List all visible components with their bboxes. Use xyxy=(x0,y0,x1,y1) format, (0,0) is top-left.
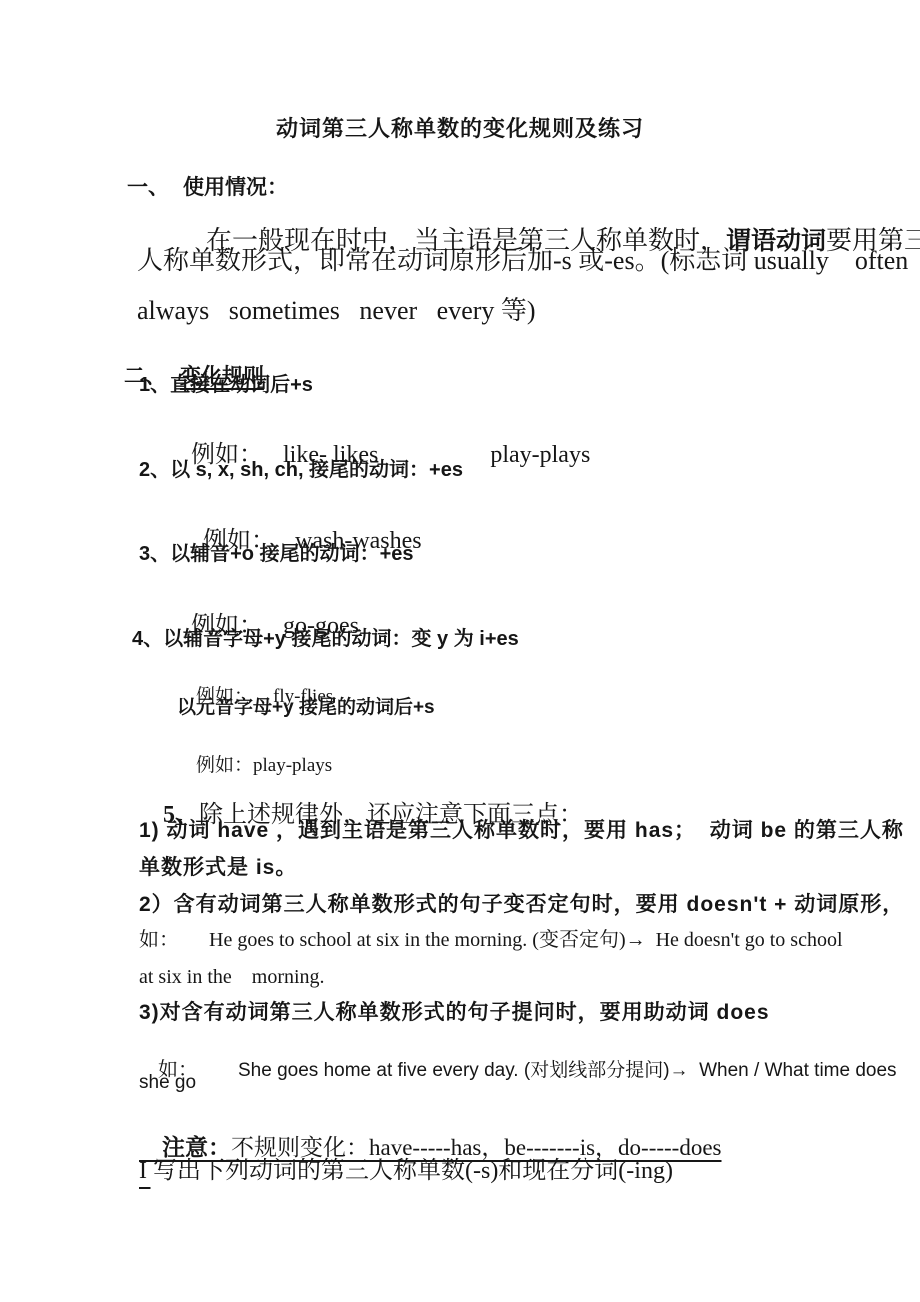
note1-line1: 1) 动词 have ，遇到主语是第三人称单数时，要用 has； 动词 be 的… xyxy=(139,819,904,843)
rule5-line: 5、除上述规律外，还应注意下面三点： xyxy=(139,774,583,857)
rule3-label: 3、以辅音+o 接尾的动词：+es xyxy=(139,543,414,566)
attention-label: 注意： xyxy=(162,1134,231,1160)
document-page: 动词第三人称单数的变化规则及练习 一、使用情况： 在一般现在时中，当主语是第三人… xyxy=(0,0,920,1302)
rule4-label: 4、以辅音字母+y 接尾的动词：变 y 为 i+es xyxy=(132,628,519,651)
note2-example-line1: 如： He goes to school at six in the morni… xyxy=(139,929,843,952)
note3-line: 3)对含有动词第三人称单数形式的句子提问时，要用助动词 does xyxy=(139,1001,770,1025)
rule4-example2-prefix: 例如： xyxy=(196,755,253,776)
section-usage-number: 一、 xyxy=(127,176,169,199)
note3-example-line1: 如：She goes home at five every day. (对划线部… xyxy=(139,1037,897,1104)
rule1-example2: play-plays xyxy=(490,442,590,468)
note3-example-line2: she go xyxy=(139,1072,196,1094)
rule2-example-line: 例如：wash-washes xyxy=(179,500,422,583)
usage-paragraph-line2: 人称单数形式，即常在动词原形后加-s 或-es。(标志词 usually oft… xyxy=(137,246,908,276)
note2-example-line2: at six in the morning. xyxy=(139,966,325,989)
rule4-sub-label: 以元音字母+y 接尾的动词后+s xyxy=(177,697,435,719)
rule2-label: 2、以 s, x, sh, ch, 接尾的动词：+es xyxy=(139,459,463,482)
rule3-example-line: 例如：go-goes xyxy=(167,585,359,668)
exercise-heading: I 写出下列动词的第三人称单数(-s)和现在分词(-ing) xyxy=(139,1158,673,1186)
note1-line2: 单数形式是 is。 xyxy=(139,856,297,880)
rule1-label: 1、直接在动词后+s xyxy=(139,374,313,397)
note2-line: 2）含有动词第三人称单数形式的句子变否定句时，要用 doesn't + 动词原形… xyxy=(139,893,904,917)
document-title: 动词第三人称单数的变化规则及练习 xyxy=(0,116,920,141)
rule1-example-line: 例如：like- likesplay-plays xyxy=(167,414,590,497)
rule4-example2: play-plays xyxy=(253,755,332,776)
note3-example-text: She goes home at five every day. (对划线部分提… xyxy=(238,1060,897,1081)
usage-paragraph-line3: always sometimes never every 等) xyxy=(137,296,536,326)
attention-text: 不规则变化：have-----has，be-------is，do-----do… xyxy=(231,1135,722,1160)
